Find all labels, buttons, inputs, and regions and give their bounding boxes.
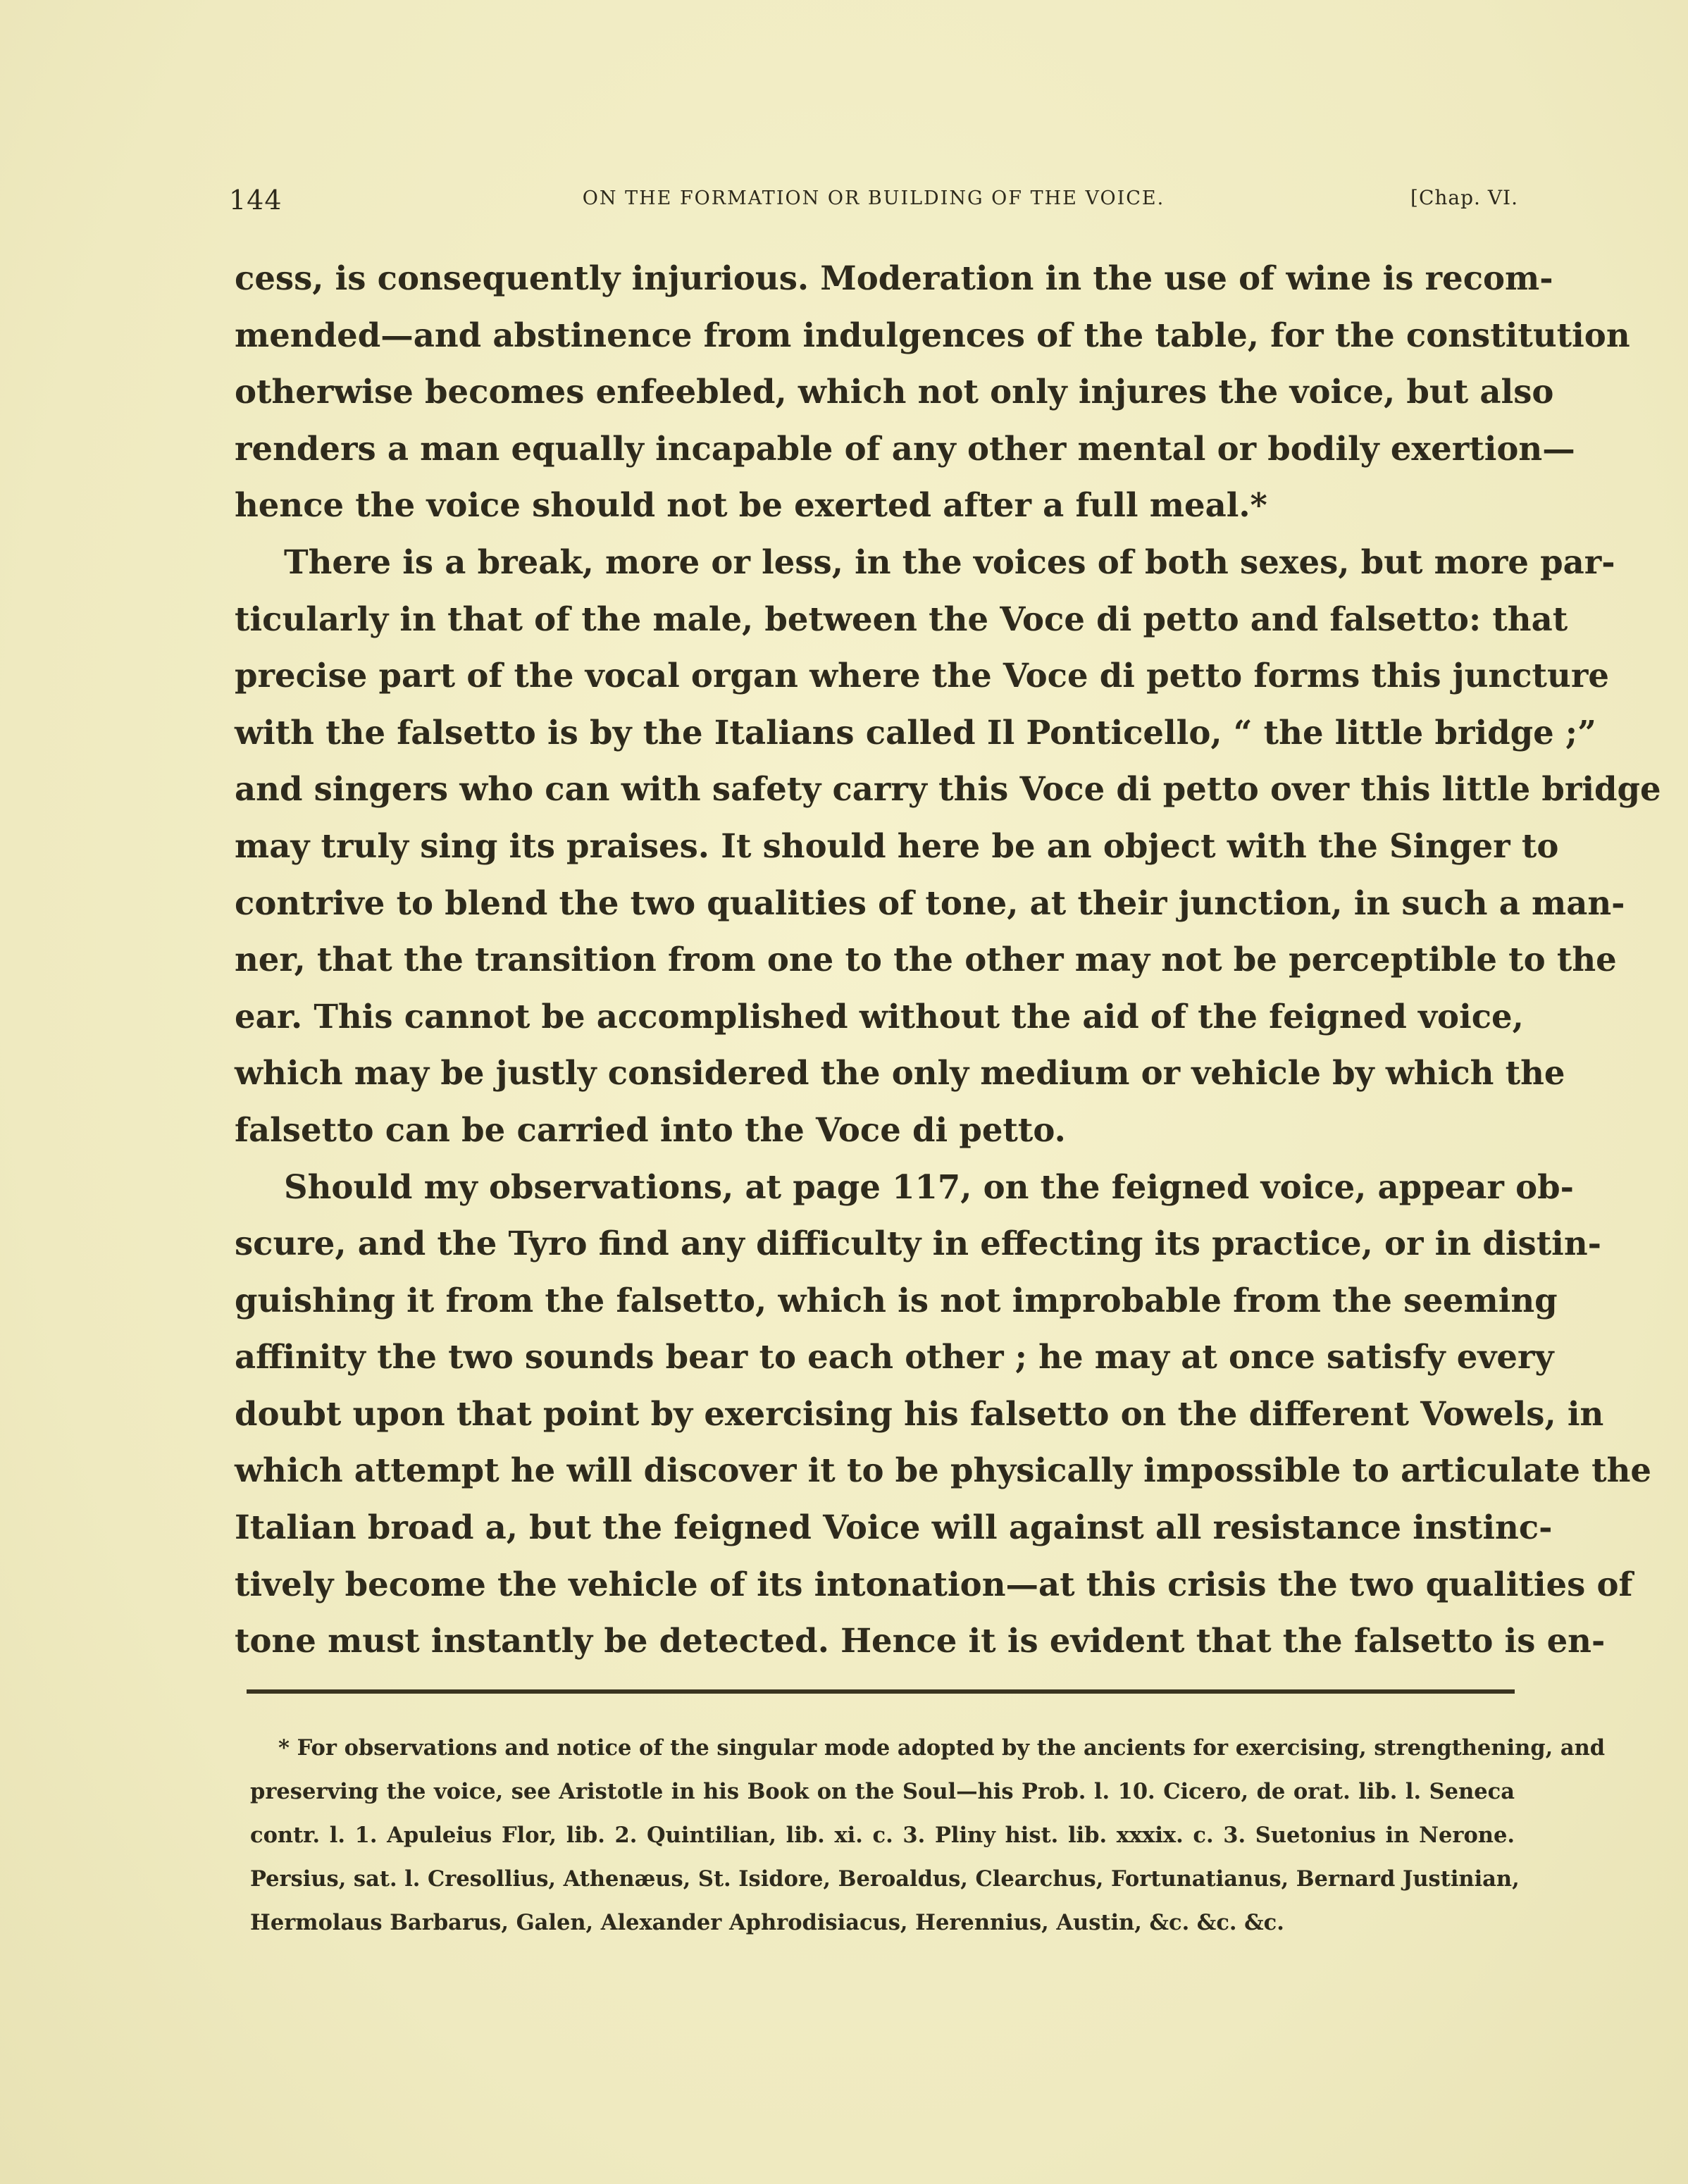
body-line: may truly sing its praises. It should he… bbox=[235, 818, 1517, 875]
body-line: falsetto can be carried into the Voce di… bbox=[235, 1102, 1517, 1159]
body-line: precise part of the vocal organ where th… bbox=[235, 647, 1517, 705]
body-line: tone must instantly be detected. Hence i… bbox=[235, 1613, 1517, 1670]
body-line: ear. This cannot be accomplished without… bbox=[235, 988, 1517, 1046]
body-line: doubt upon that point by exercising his … bbox=[235, 1386, 1517, 1443]
body-line: scure, and the Tyro find any difficulty … bbox=[235, 1215, 1517, 1272]
body-line: cess, is consequently injurious. Moderat… bbox=[235, 250, 1517, 307]
body-line: hence the voice should not be exerted af… bbox=[235, 477, 1517, 534]
running-header: 144 ON THE FORMATION OR BUILDING OF THE … bbox=[229, 185, 1518, 213]
body-line: ner, that the transition from one to the… bbox=[235, 931, 1517, 988]
body-line: and singers who can with safety carry th… bbox=[235, 761, 1517, 818]
footnote-line: Persius, sat. l. Cresollius, Athenæus, S… bbox=[250, 1857, 1515, 1901]
footnote-line: * For observations and notice of the sin… bbox=[250, 1726, 1515, 1770]
body-line: There is a break, more or less, in the v… bbox=[235, 534, 1517, 591]
running-title: ON THE FORMATION OR BUILDING OF THE VOIC… bbox=[229, 187, 1518, 209]
body-line: guishing it from the falsetto, which is … bbox=[235, 1272, 1517, 1329]
footnote-line: preserving the voice, see Aristotle in h… bbox=[250, 1770, 1515, 1813]
footnote-line: Hermolaus Barbarus, Galen, Alexander Aph… bbox=[250, 1901, 1515, 1944]
body-text: cess, is consequently injurious. Moderat… bbox=[235, 250, 1517, 1670]
body-line: renders a man equally incapable of any o… bbox=[235, 421, 1517, 478]
body-line: which may be justly considered the only … bbox=[235, 1045, 1517, 1102]
body-line: mended—and abstinence from indulgences o… bbox=[235, 307, 1517, 364]
body-line: with the falsetto is by the Italians cal… bbox=[235, 705, 1517, 762]
body-line: Italian broad a, but the feigned Voice w… bbox=[235, 1499, 1517, 1556]
body-line: Should my observations, at page 117, on … bbox=[235, 1159, 1517, 1216]
footnote-line: contr. l. 1. Apuleius Flor, lib. 2. Quin… bbox=[250, 1813, 1515, 1857]
footnote-divider bbox=[247, 1689, 1515, 1694]
book-page: 144 ON THE FORMATION OR BUILDING OF THE … bbox=[0, 0, 1688, 2184]
body-line: otherwise becomes enfeebled, which not o… bbox=[235, 364, 1517, 421]
body-line: ticularly in that of the male, between t… bbox=[235, 591, 1517, 648]
footnote: * For observations and notice of the sin… bbox=[250, 1726, 1515, 1944]
body-line: affinity the two sounds bear to each oth… bbox=[235, 1329, 1517, 1386]
body-line: tively become the vehicle of its intonat… bbox=[235, 1556, 1517, 1613]
chapter-label: [Chap. VI. bbox=[1410, 186, 1518, 209]
body-line: which attempt he will discover it to be … bbox=[235, 1442, 1517, 1499]
body-line: contrive to blend the two qualities of t… bbox=[235, 875, 1517, 932]
